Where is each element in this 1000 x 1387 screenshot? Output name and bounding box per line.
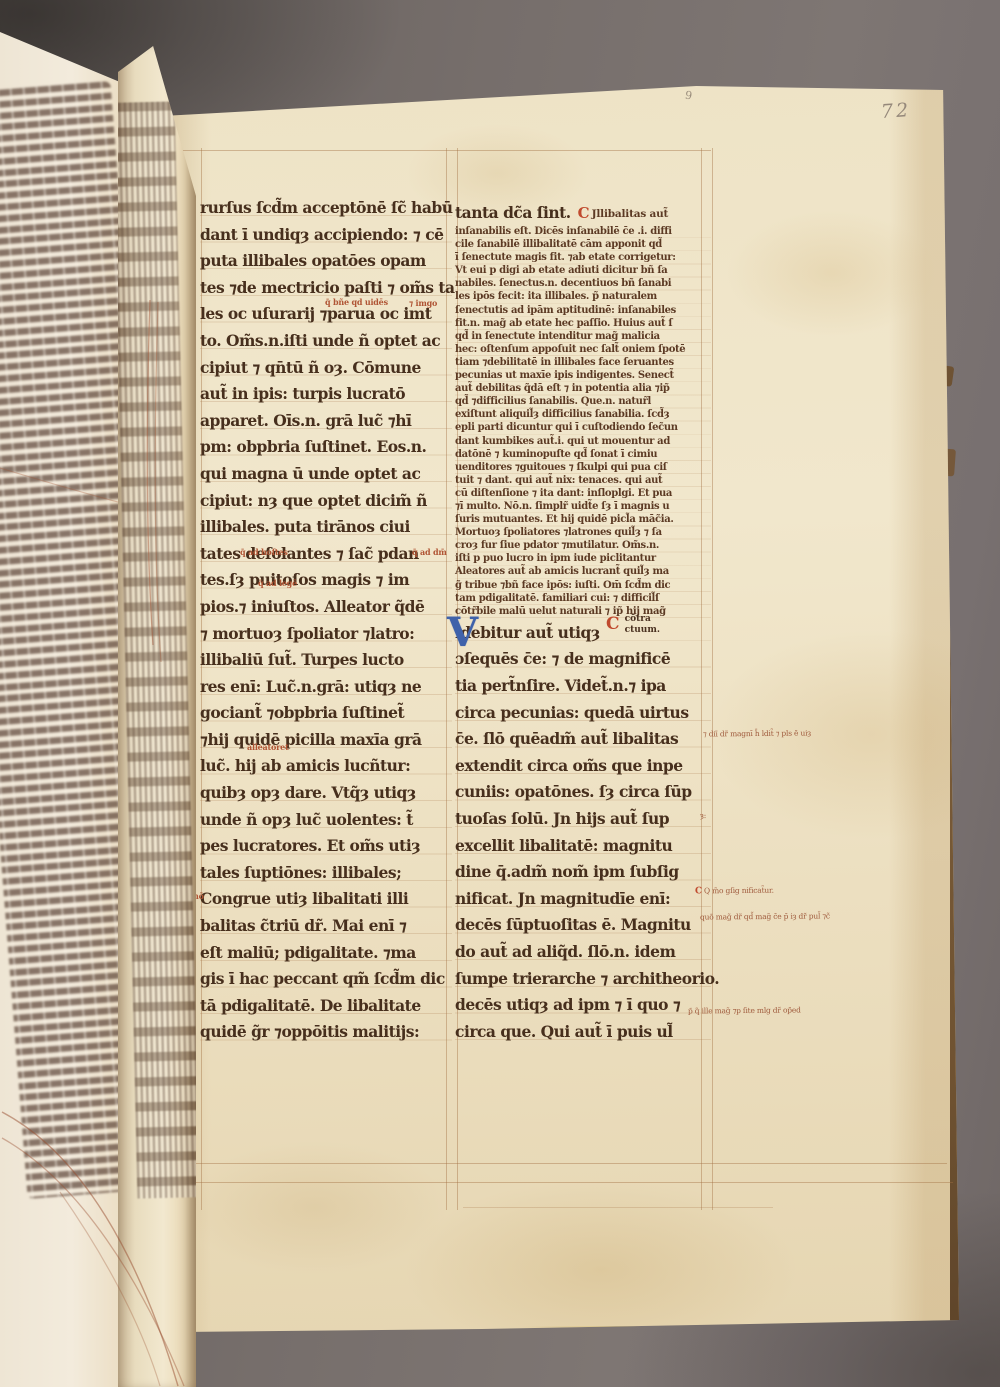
text-line: quibȝ opȝ dare. Vtq̃ȝ utiqȝ: [200, 780, 452, 807]
text-line: croȝ fur ſiue pdator ⁊mutilatur. Om̃s.n.: [455, 539, 711, 552]
text-line: aut̃ in ipis: turpis lucratō: [200, 381, 452, 408]
ruling-line: [175, 1182, 953, 1183]
text-line: res enī: Luc̃.n.grā: utiqȝ ne: [200, 674, 452, 701]
margin-note-text: Q m̃o gſig nificat̃ur.: [704, 886, 774, 896]
text-line: qui magna ū unde optet ac: [200, 461, 452, 488]
interlinear-gloss: ⁊ imgo: [409, 298, 437, 308]
text-line: ſumpe trierarche ⁊ architheorio.: [455, 966, 711, 993]
ruling-line: [712, 148, 713, 1210]
text-line: Vt eui p digi ab etate adiuti dicitur bñ…: [455, 264, 711, 277]
text-line: dant kumbikes aut̃.i. qui ut mouentur ad: [455, 435, 711, 448]
text-line: les ipōs fecit: ita illibales. p̃ natura…: [455, 290, 711, 303]
folio-number: 72: [880, 99, 912, 123]
page-fore-edge: [950, 88, 959, 1328]
text-line: gis ī hac peccant qm̃ ſcd̃m dic: [200, 966, 452, 993]
text-line: ī ſenectute magis fit. ⁊ab etate corrige…: [455, 251, 711, 264]
text-line: circa que. Qui aut̃ ī puis ul̃: [455, 1019, 711, 1046]
text-line: dine q̄.adm̃ nom̃ ipm ſubſig: [455, 859, 711, 886]
text-line: tes.ſȝ puitoſos magis ⁊ im: [200, 567, 452, 594]
text-line: cuniis: opatōnes. ſȝ circa ſūp: [455, 779, 711, 806]
margin-note: ⁊ diī dr̃ magnī h̄ ldit̃ ⁊ pls ē uiȝ: [703, 729, 811, 739]
text-line: cile ſanabilē illibalitatē cām apponit q…: [455, 238, 711, 251]
text-line: nificat. Jn magnitudīe enī:: [455, 886, 711, 913]
manuscript-page-folio-72: 72 9 rurſus ſcd̃m acceptōnē ſc̃ habūdant…: [163, 86, 959, 1332]
text-line: tuoſas ſolū. Jn hijs aut̃ ſup: [455, 806, 711, 833]
text-line: tam pdigalitatē. familiari cui: ⁊ diffic…: [455, 592, 711, 605]
text-line: extendit circa om̃s que inpe: [455, 753, 711, 780]
text-line: pios.⁊ iniuſtos. Alleator q̃dē: [200, 594, 452, 621]
large-lines: idebitur aut̃ utiqȝɔſequēs c̄e: ⁊ de mag…: [455, 620, 711, 1046]
text-line: illibaliū ſut̃. Turpes lucto: [200, 647, 452, 674]
red-paragraph-mark-icon: C: [606, 614, 620, 634]
margin-note: quō mag̃ dr̃ qd̃ mag̃ c̄e p̄ iȝ dr̃ pul̃…: [700, 911, 830, 921]
text-line: cōtr̃bile malū uelut naturali ⁊ ip̃ hij …: [455, 605, 711, 618]
text-line: ⁊hij quidē picilla maxīa grā: [200, 727, 452, 754]
text-line: cipiut ⁊ qn̄tū ñ oȝ. Cōmune: [200, 355, 452, 382]
ruling-line: [463, 1207, 773, 1208]
text-line: tanta dc̃a ſint.: [455, 203, 571, 222]
page-bottom-edge: [521, 1326, 951, 1329]
contra-note-text: cōtractuum.: [625, 614, 660, 636]
lemma-large-text: V idebitur aut̃ utiqȝɔſequēs c̄e: ⁊ de m…: [455, 620, 711, 1046]
text-line: unde ñ opȝ luc̃ uolentes: t̃: [200, 807, 452, 834]
pen-mark: 9: [684, 88, 693, 102]
text-line: qd̃ in ſenectute intenditur mag̃ malicia: [455, 330, 711, 343]
text-line: tiam ⁊debilitatē in illibales face ſerua…: [455, 356, 711, 369]
text-line: Aleatores aut̃ ab amicis lucrant̃ quil̃ȝ…: [455, 565, 711, 578]
text-line: inſanabilis eſt. Dicēs inſanabilē c̄e .i…: [455, 225, 711, 238]
text-line: cipiut: nȝ que optet dicim̃ ñ: [200, 488, 452, 515]
text-line: gociant̃ ⁊obpbria ſuſtinet̃: [200, 700, 452, 727]
right-column-first-line: tanta dc̃a ſint. C Jllibalitas aut̃: [455, 195, 711, 222]
interlinear-gloss: q̄ ad hoſtes: [240, 547, 288, 557]
text-line: eſt maliū; pdigalitate. ⁊ma: [200, 940, 452, 967]
text-line: rurſus ſcd̃m acceptōnē ſc̃ habū: [200, 195, 452, 222]
text-line: luc̃. hij ab amicis lucñtur:: [200, 753, 452, 780]
interlinear-gloss: alleatoret: [247, 742, 289, 752]
text-line: illibales. puta tirānos ciui: [200, 514, 452, 541]
interlinear-gloss: q̄ bñe qd uidēs: [325, 297, 388, 307]
text-line: Mortuoȝ ſpoliatores ⁊latrones quil̃ȝ ⁊ ſ…: [455, 526, 711, 539]
contra-line1: cōtra: [625, 614, 651, 624]
text-line: hec: oſtenſum appoſuit nec ſalt̃ oniem ſ…: [455, 343, 711, 356]
text-line: apparet. Oīs.n. grā luc̃ ⁊hī: [200, 408, 452, 435]
text-line: c̄e. ſlō quēadm̃ aut̃ libalitas: [455, 726, 711, 753]
margin-note: CQ m̃o gſig nificat̃ur.: [695, 886, 774, 897]
red-capitulum-icon: C: [578, 204, 590, 222]
commentary-small-text: inſanabilis eſt. Dicēs inſanabilē c̄e .i…: [455, 225, 711, 618]
text-line: qd̃ ⁊difficilius ſanabilis. Que.n. natur…: [455, 395, 711, 408]
text-line: ⁊ī multo. Nō.n. ſimplr̃ uidt̃e ſȝ ī magn…: [455, 500, 711, 513]
text-line: puta illibales opatōes opam: [200, 248, 452, 275]
text-line: exiſtunt aliquil̃ȝ difficilius ſanabilia…: [455, 408, 711, 421]
text-line: iſti p puo lucro in ipm iude piclitantur: [455, 552, 711, 565]
page-edge-strip: [118, 46, 196, 1387]
text-line: ſuris mutuantes. Et hij quidē picl̃a māc…: [455, 513, 711, 526]
text-line: nabiles. ſenectus.n. decentiuos bñ ſanab…: [455, 277, 711, 290]
text-line: circa pecunias: quedā uirtus: [455, 700, 711, 727]
text-line: epli parti dicuntur qui ī cuſtodiendo ſe…: [455, 421, 711, 434]
blue-lombardic-initial: V: [447, 613, 478, 653]
contra-line2: ctuum.: [625, 625, 660, 635]
text-line: tales ſuptiōnes: illibales;: [200, 860, 452, 887]
text-line: decēs ſūptuoſitas ē. Magnitu: [455, 912, 711, 939]
text-line: ɔſequēs c̄e: ⁊ de magnificē: [455, 646, 711, 673]
manuscript-photograph: { "manuscript": { "folio_number": "72", …: [0, 0, 1000, 1387]
text-line: decēs utiqȝ ad ipm ⁊ ī quo ⁊: [455, 992, 711, 1019]
text-line: excellit libalitatē: magnitu: [455, 833, 711, 860]
text-line: tia pert̃nſire. Videt̃.n.⁊ ipa: [455, 673, 711, 700]
text-line: uenditores ⁊guitoues ⁊ ſkulpi qui pua ci…: [455, 461, 711, 474]
contra-note: C cōtractuum.: [606, 614, 660, 636]
ruling-line: [171, 150, 711, 151]
text-line: do aut̃ ad aliq̃d. ſlō.n. idem: [455, 939, 711, 966]
text-line: pes lucratores. Et om̃s utiȝ: [200, 833, 452, 860]
text-line: ⁊ mortuoȝ ſpoliator ⁊latro:: [200, 621, 452, 648]
text-line: ſenectutis ad ipām aptitudinē: inſanabil…: [455, 304, 711, 317]
margin-note: p̄ q̃ ille mag̃ ⁊p ſite mlg dr̃ op̄ed: [688, 1006, 801, 1016]
text-line: datōnē ⁊ kuminopuſte qd̃ ſonat ī cimiu: [455, 448, 711, 461]
text-line: aut̃ debilitas q̃dā eſt ⁊ in potentia al…: [455, 382, 711, 395]
text-line: quidē g̃r ⁊oppōitis malitijs:: [200, 1019, 452, 1046]
margin-note: ȝ:: [700, 811, 706, 820]
ruling-line: [175, 1163, 947, 1164]
text-line: g̃ tribue ⁊bñ face ipōs: iuſti. Om̄ ſcd̃…: [455, 579, 711, 592]
left-text-column: rurſus ſcd̃m acceptōnē ſc̃ habūdant ī un…: [200, 195, 452, 1046]
text-line: balitas c̃triū dr̃. Mai enī ⁊: [200, 913, 452, 940]
text-line: fit.n. mag̃ ab etate hec paſſio. Huius a…: [455, 317, 711, 330]
text-line: Congrue utiȝ libalitati illi: [200, 886, 452, 913]
text-line: tuit ⁊ dant. qui aut̃ nix: tenaces. qui …: [455, 474, 711, 487]
interlinear-gloss: q̄ ad legē: [258, 578, 297, 588]
right-text-column: tanta dc̃a ſint. C Jllibalitas aut̃ inſa…: [455, 195, 711, 1045]
text-line: pecunias ut maxīe ipis indigentes. Senec…: [455, 369, 711, 382]
red-paragraph-mark-icon: C: [695, 886, 702, 896]
text-line: idebitur aut̃ utiqȝ: [455, 620, 711, 647]
text-line: pm: obpbria ſuſtinet. Eos.n.: [200, 434, 452, 461]
text-line: tā pdigalitatē. De libalitate: [200, 993, 452, 1020]
text-line: to. Om̃s.n.iſti unde ñ optet ac: [200, 328, 452, 355]
edge-strip-text-fragments: [113, 101, 200, 1198]
rubricated-incipit: Jllibalitas aut̃: [592, 208, 669, 222]
text-line: cū diſtenſione ⁊ ita dant: inſloplgi. Et…: [455, 487, 711, 500]
interlinear-gloss: q̄ ad dm̄: [412, 547, 447, 557]
text-line: dant ī undiqȝ accipiendo: ⁊ cē: [200, 222, 452, 249]
